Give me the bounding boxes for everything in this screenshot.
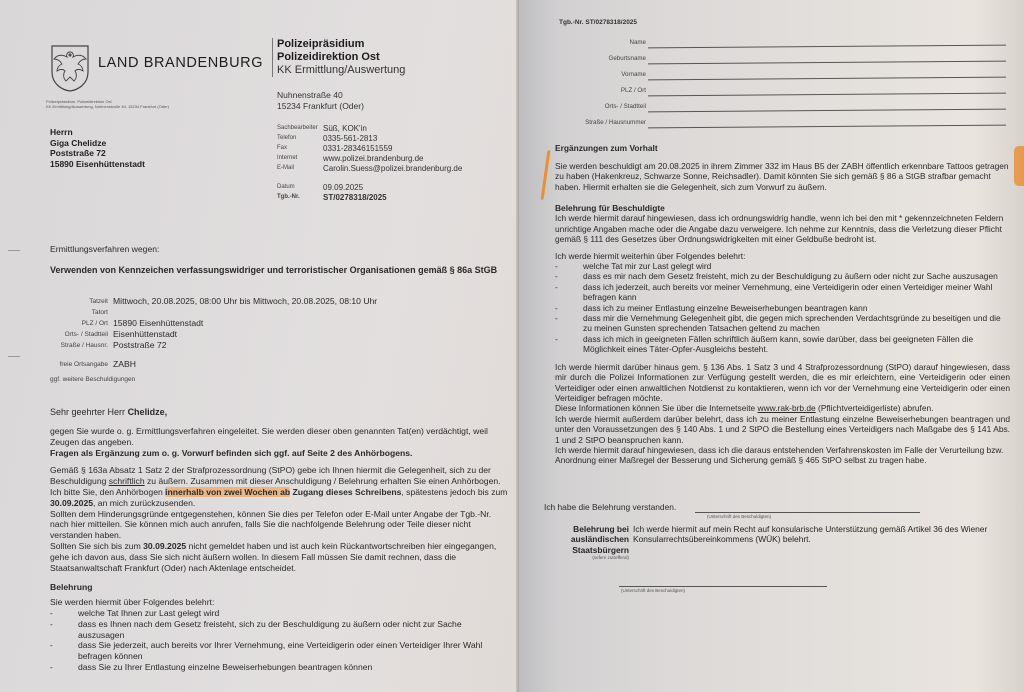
fold-mark bbox=[8, 356, 20, 357]
signature-line-2[interactable] bbox=[619, 586, 827, 587]
list-item: welche Tat mir zur Last gelegt wird bbox=[555, 261, 1010, 271]
recipient-address: Herrn Giga Chelidze Poststraße 72 15890 … bbox=[50, 127, 145, 169]
signature-caption-2: (Unterschrift des Beschuldigten) bbox=[621, 588, 685, 593]
form-field-district[interactable]: Orts- / Stadtteil bbox=[519, 100, 1024, 116]
belehrung-list: welche Tat Ihnen zur Last gelegt wird da… bbox=[50, 608, 510, 673]
date-row: Datum09.09.2025 bbox=[277, 183, 462, 193]
agency-address: Nuhnenstraße 40 15234 Frankfurt (Oder) bbox=[277, 90, 364, 112]
agency-header: Polizeipräsidium Polizeidirektion Ost KK… bbox=[272, 38, 405, 77]
contact-row: Telefon0335-561-2813 bbox=[277, 134, 462, 144]
letter-page-2: Tgb.-Nr. ST/0278318/2025 Name Geburtsnam… bbox=[519, 0, 1024, 692]
personal-data-form: Name Geburtsname Vorname PLZ / Ort Orts-… bbox=[519, 36, 1024, 132]
accused-heading: Belehrung für Beschuldigte bbox=[555, 203, 1010, 213]
form-field-first-name[interactable]: Vorname bbox=[519, 68, 1024, 84]
sender-return-address: Polizeipräsidium, Polizeidirektion Ost K… bbox=[46, 99, 169, 109]
brand-name: LAND BRANDENBURG bbox=[98, 55, 263, 71]
form-field-name[interactable]: Name bbox=[519, 36, 1024, 52]
agency-line-2: Polizeidirektion Ost bbox=[277, 51, 405, 64]
highlighted-deadline: innerhalb von zwei Wochen ab bbox=[165, 487, 290, 497]
salutation: Sehr geehrter Herr Chelidze, bbox=[50, 407, 510, 418]
letter-page-1: LAND BRANDENBURG Polizeipräsidium, Poliz… bbox=[0, 0, 518, 692]
tgb-row: Tgb.-Nr.ST/0278318/2025 bbox=[277, 193, 462, 203]
offense-facts: TatzeitMittwoch, 20.08.2025, 08:00 Uhr b… bbox=[50, 296, 377, 370]
contact-block: SachbearbeiterSüß, KOK'in Telefon0335-56… bbox=[277, 124, 462, 203]
understood-statement: Ich habe die Belehrung verstanden. bbox=[544, 502, 999, 512]
accused-notice: Belehrung für Beschuldigte Ich werde hie… bbox=[555, 203, 1010, 466]
list-item: dass es Ihnen nach dem Gesetz freisteht,… bbox=[50, 619, 510, 641]
list-item: welche Tat Ihnen zur Last gelegt wird bbox=[50, 608, 510, 619]
signature-line-1[interactable] bbox=[695, 512, 920, 513]
belehrung-heading: Belehrung bbox=[50, 582, 510, 593]
list-item: dass ich jederzeit, auch bereits vor mei… bbox=[555, 282, 1010, 303]
consular-notice: Belehrung bei ausländischen Staatsbürger… bbox=[555, 524, 1015, 561]
agency-line-3: KK Ermittlung/Auswertung bbox=[277, 64, 405, 77]
tgb-number: Tgb.-Nr. ST/0278318/2025 bbox=[559, 19, 637, 26]
brandenburg-eagle-crest-icon bbox=[50, 44, 90, 92]
proceedings-label: Ermittlungsverfahren wegen: bbox=[50, 244, 510, 255]
signature-caption-1: (Unterschrift des Beschuldigten) bbox=[707, 514, 771, 519]
rak-brb-link[interactable]: www.rak-brb.de bbox=[758, 403, 816, 413]
list-item: dass es mir nach dem Gesetz freisteht, m… bbox=[555, 271, 1010, 281]
supplement-text: Sie werden beschuldigt am 20.08.2025 in … bbox=[555, 161, 1010, 192]
contact-row: E-MailCarolin.Suess@polizei.brandenburg.… bbox=[277, 164, 462, 174]
list-item: dass Sie zu Ihrer Entlastung einzelne Be… bbox=[50, 662, 510, 673]
list-item: dass ich mich in geeigneten Fällen schri… bbox=[555, 334, 1010, 355]
offense-title: Verwenden von Kennzeichen verfassungswid… bbox=[50, 265, 510, 276]
contact-row: Internetwww.polizei.brandenburg.de bbox=[277, 154, 462, 164]
list-item: dass mir die Vernehmung Gelegenheit gibt… bbox=[555, 313, 1010, 334]
supplement-heading: Ergänzungen zum Vorhalt bbox=[555, 143, 1010, 153]
rights-list: welche Tat mir zur Last gelegt wird dass… bbox=[555, 261, 1010, 355]
list-item: dass Sie jederzeit, auch bereits vor Ihr… bbox=[50, 640, 510, 662]
list-item: dass ich zu meiner Entlastung einzelne B… bbox=[555, 303, 1010, 313]
email-link[interactable]: Carolin.Suess@polizei.brandenburg.de bbox=[323, 164, 462, 174]
form-field-birth-name[interactable]: Geburtsname bbox=[519, 52, 1024, 68]
letter-body: gegen Sie wurde o. g. Ermittlungsverfahr… bbox=[50, 426, 510, 673]
contact-row: Fax0331-28346151559 bbox=[277, 144, 462, 154]
highlighter-mark bbox=[1014, 146, 1024, 186]
contact-row: SachbearbeiterSüß, KOK'in bbox=[277, 124, 462, 134]
agency-line-1: Polizeipräsidium bbox=[277, 38, 405, 51]
website-link[interactable]: www.polizei.brandenburg.de bbox=[323, 154, 424, 164]
form-field-postcode-city[interactable]: PLZ / Ort bbox=[519, 84, 1024, 100]
further-charges-label: ggf. weitere Beschuldigungen bbox=[50, 375, 510, 386]
fold-mark bbox=[8, 250, 20, 251]
form-field-street[interactable]: Straße / Hausnummer bbox=[519, 116, 1024, 132]
